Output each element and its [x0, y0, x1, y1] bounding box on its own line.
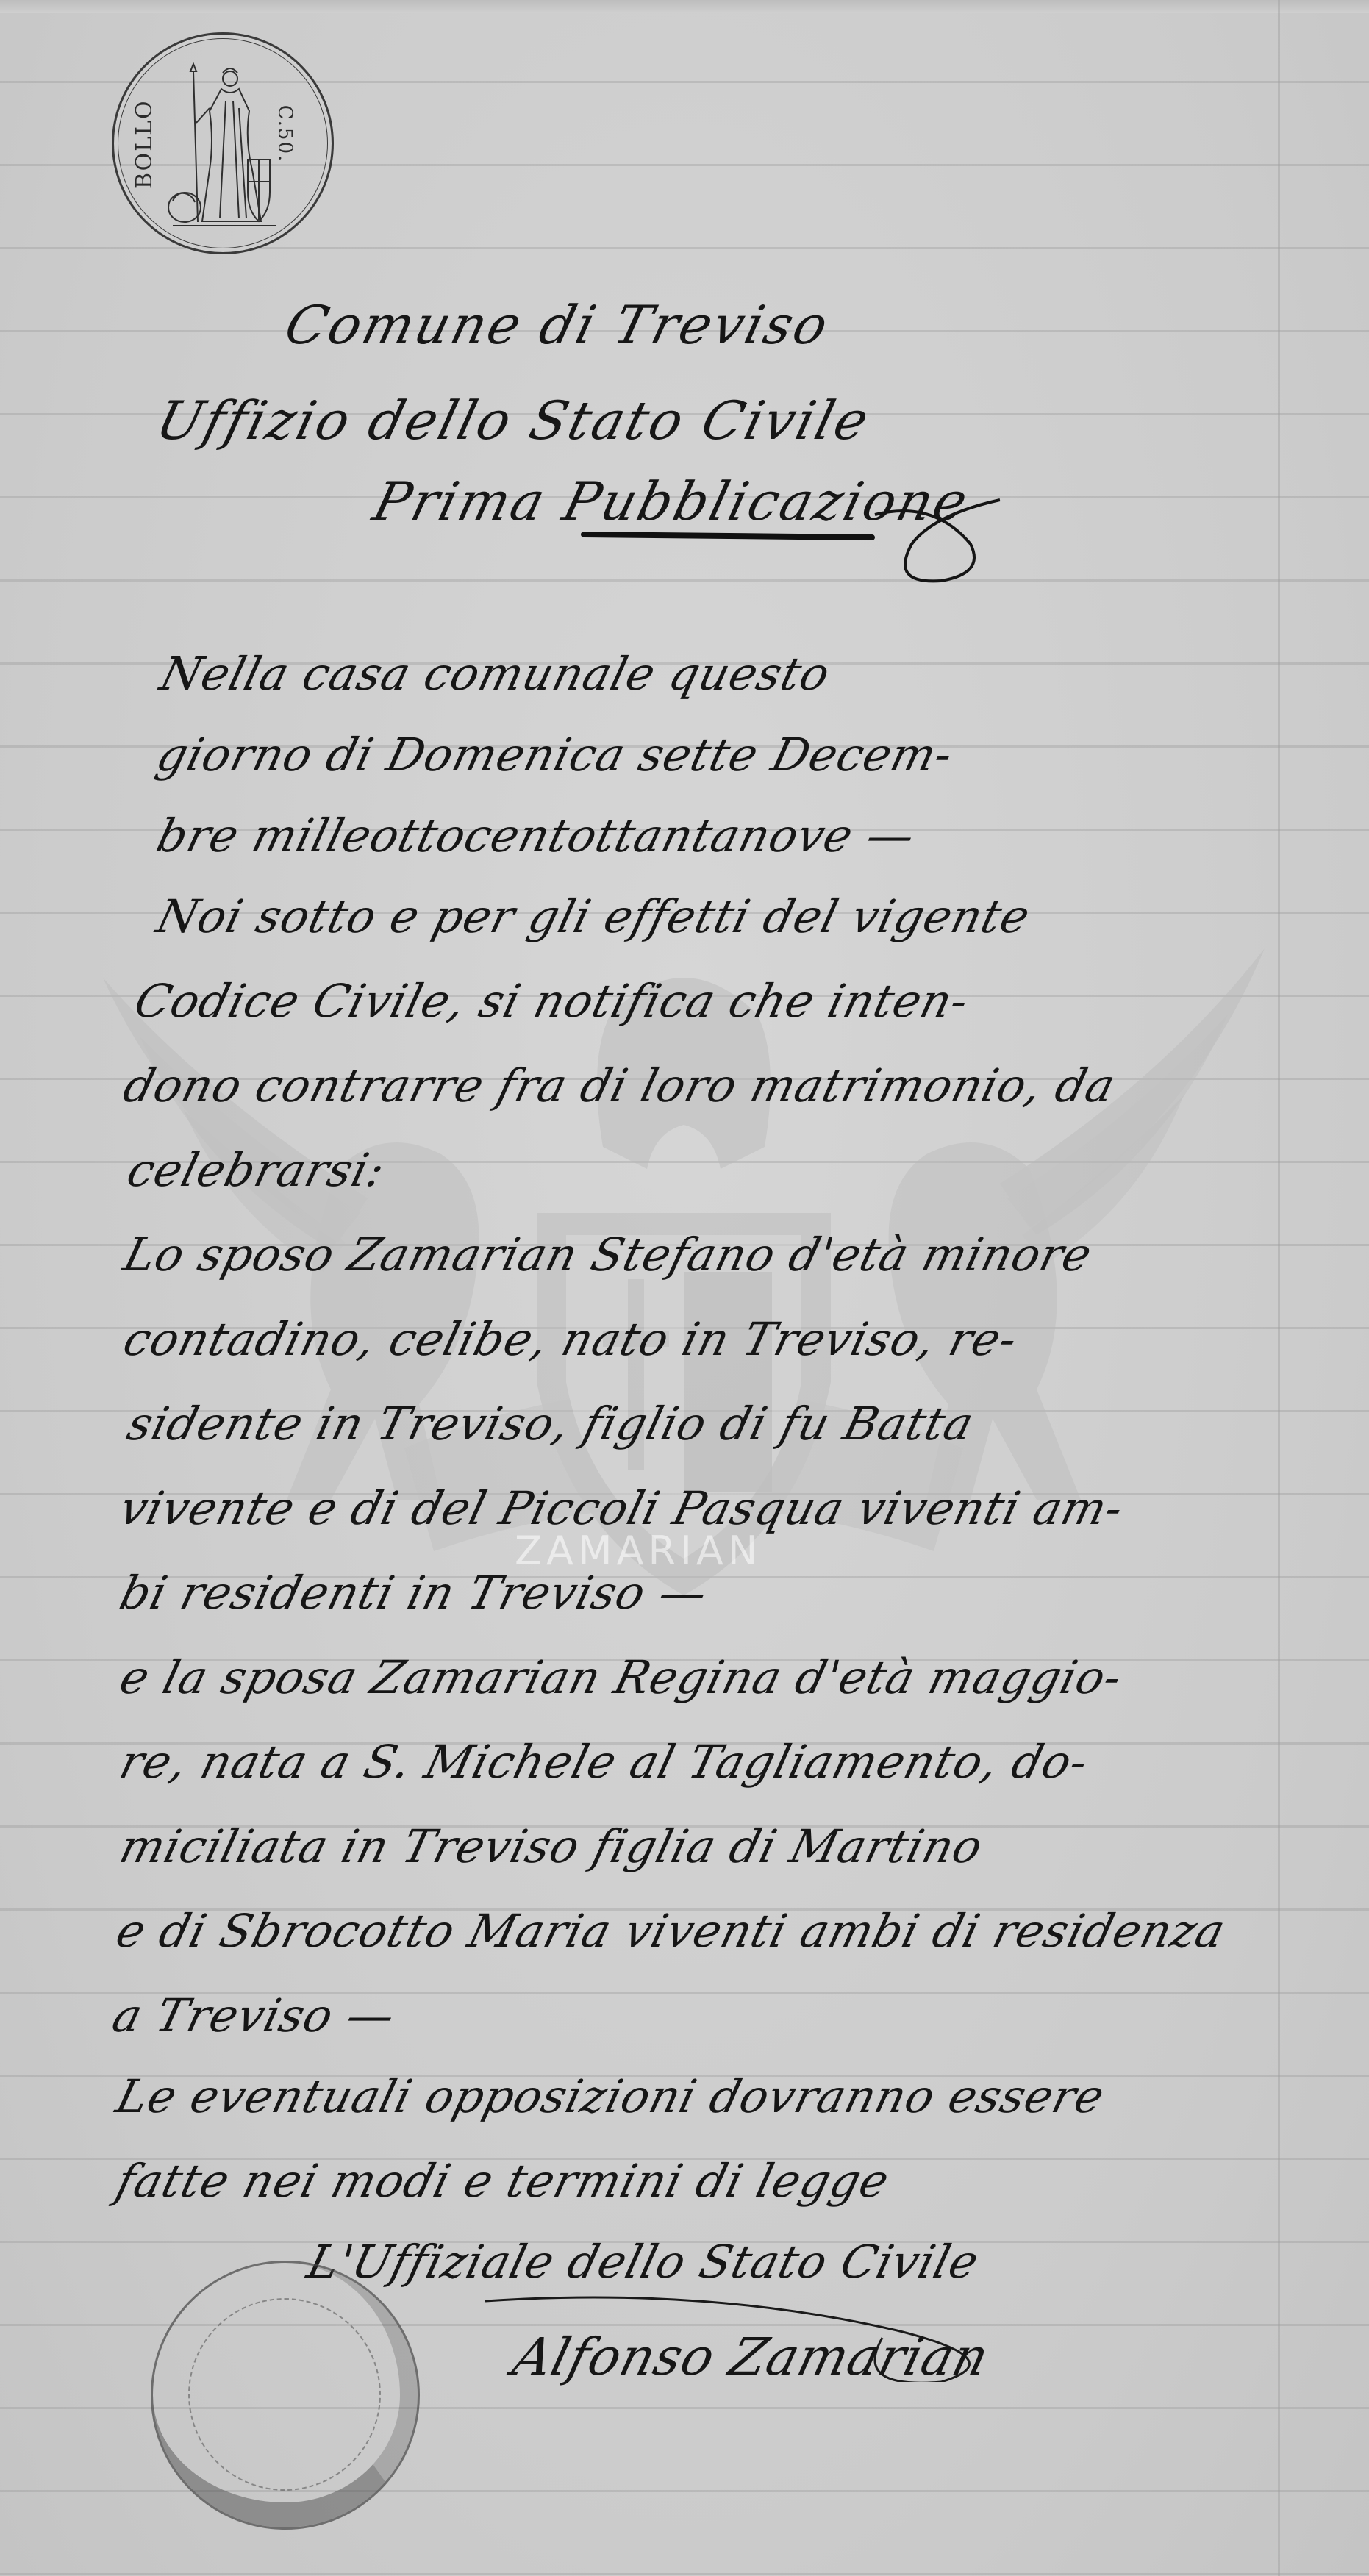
body-line: Le eventuali opposizioni dovranno essere — [111, 2069, 1110, 2123]
body-line: celebrarsi: — [122, 1143, 391, 1197]
body-line: a Treviso — — [107, 1989, 401, 2042]
header-flourish-icon — [868, 471, 1044, 595]
signature-name: Alfonso Zamarian — [507, 2327, 996, 2387]
municipal-seal — [151, 2261, 420, 2530]
body-line: Codice Civile, si notifica che inten- — [129, 974, 974, 1028]
seal-inner-ring — [188, 2298, 381, 2491]
margin-rule — [1278, 0, 1280, 2576]
body-line: fatte nei modi e termini di legge — [111, 2154, 895, 2208]
stamp-value-text: C.50. — [274, 105, 296, 163]
body-line: vivente e di del Piccoli Pasqua viventi … — [115, 1481, 1129, 1535]
body-line: Noi sotto e per gli effetti del vigente — [151, 890, 1036, 943]
body-line: giorno di Domenica sette Decem- — [151, 728, 959, 781]
header-ufficio: Uffizio dello Stato Civile — [151, 390, 877, 451]
body-line: bre milleottocentottantanove — — [151, 809, 921, 862]
revenue-stamp: BOLLO C.50. — [112, 32, 334, 254]
body-line: sidente in Treviso, figlio di fu Batta — [122, 1397, 979, 1450]
header-comune: Comune di Treviso — [279, 294, 837, 356]
body-line: miciliata in Treviso figlia di Martino — [115, 1820, 989, 1873]
body-line: Lo sposo Zamarian Stefano d'età minore — [118, 1228, 1098, 1281]
stamp-bollo-text: BOLLO — [132, 99, 157, 189]
page-top-edge — [0, 0, 1369, 13]
body-line: e la sposa Zamarian Regina d'età maggio- — [115, 1650, 1128, 1704]
body-line: dono contrarre fra di loro matrimonio, d… — [118, 1059, 1121, 1112]
body-line: bi residenti in Treviso — — [115, 1566, 713, 1620]
body-line: contadino, celibe, nato in Treviso, re- — [118, 1312, 1023, 1366]
body-line: re, nata a S. Michele al Tagliamento, do… — [115, 1735, 1094, 1789]
body-line: e di Sbrocotto Maria viventi ambi di res… — [111, 1904, 1232, 1958]
allegorical-figure-icon — [165, 57, 283, 233]
body-line: Nella casa comunale questo — [155, 647, 836, 701]
